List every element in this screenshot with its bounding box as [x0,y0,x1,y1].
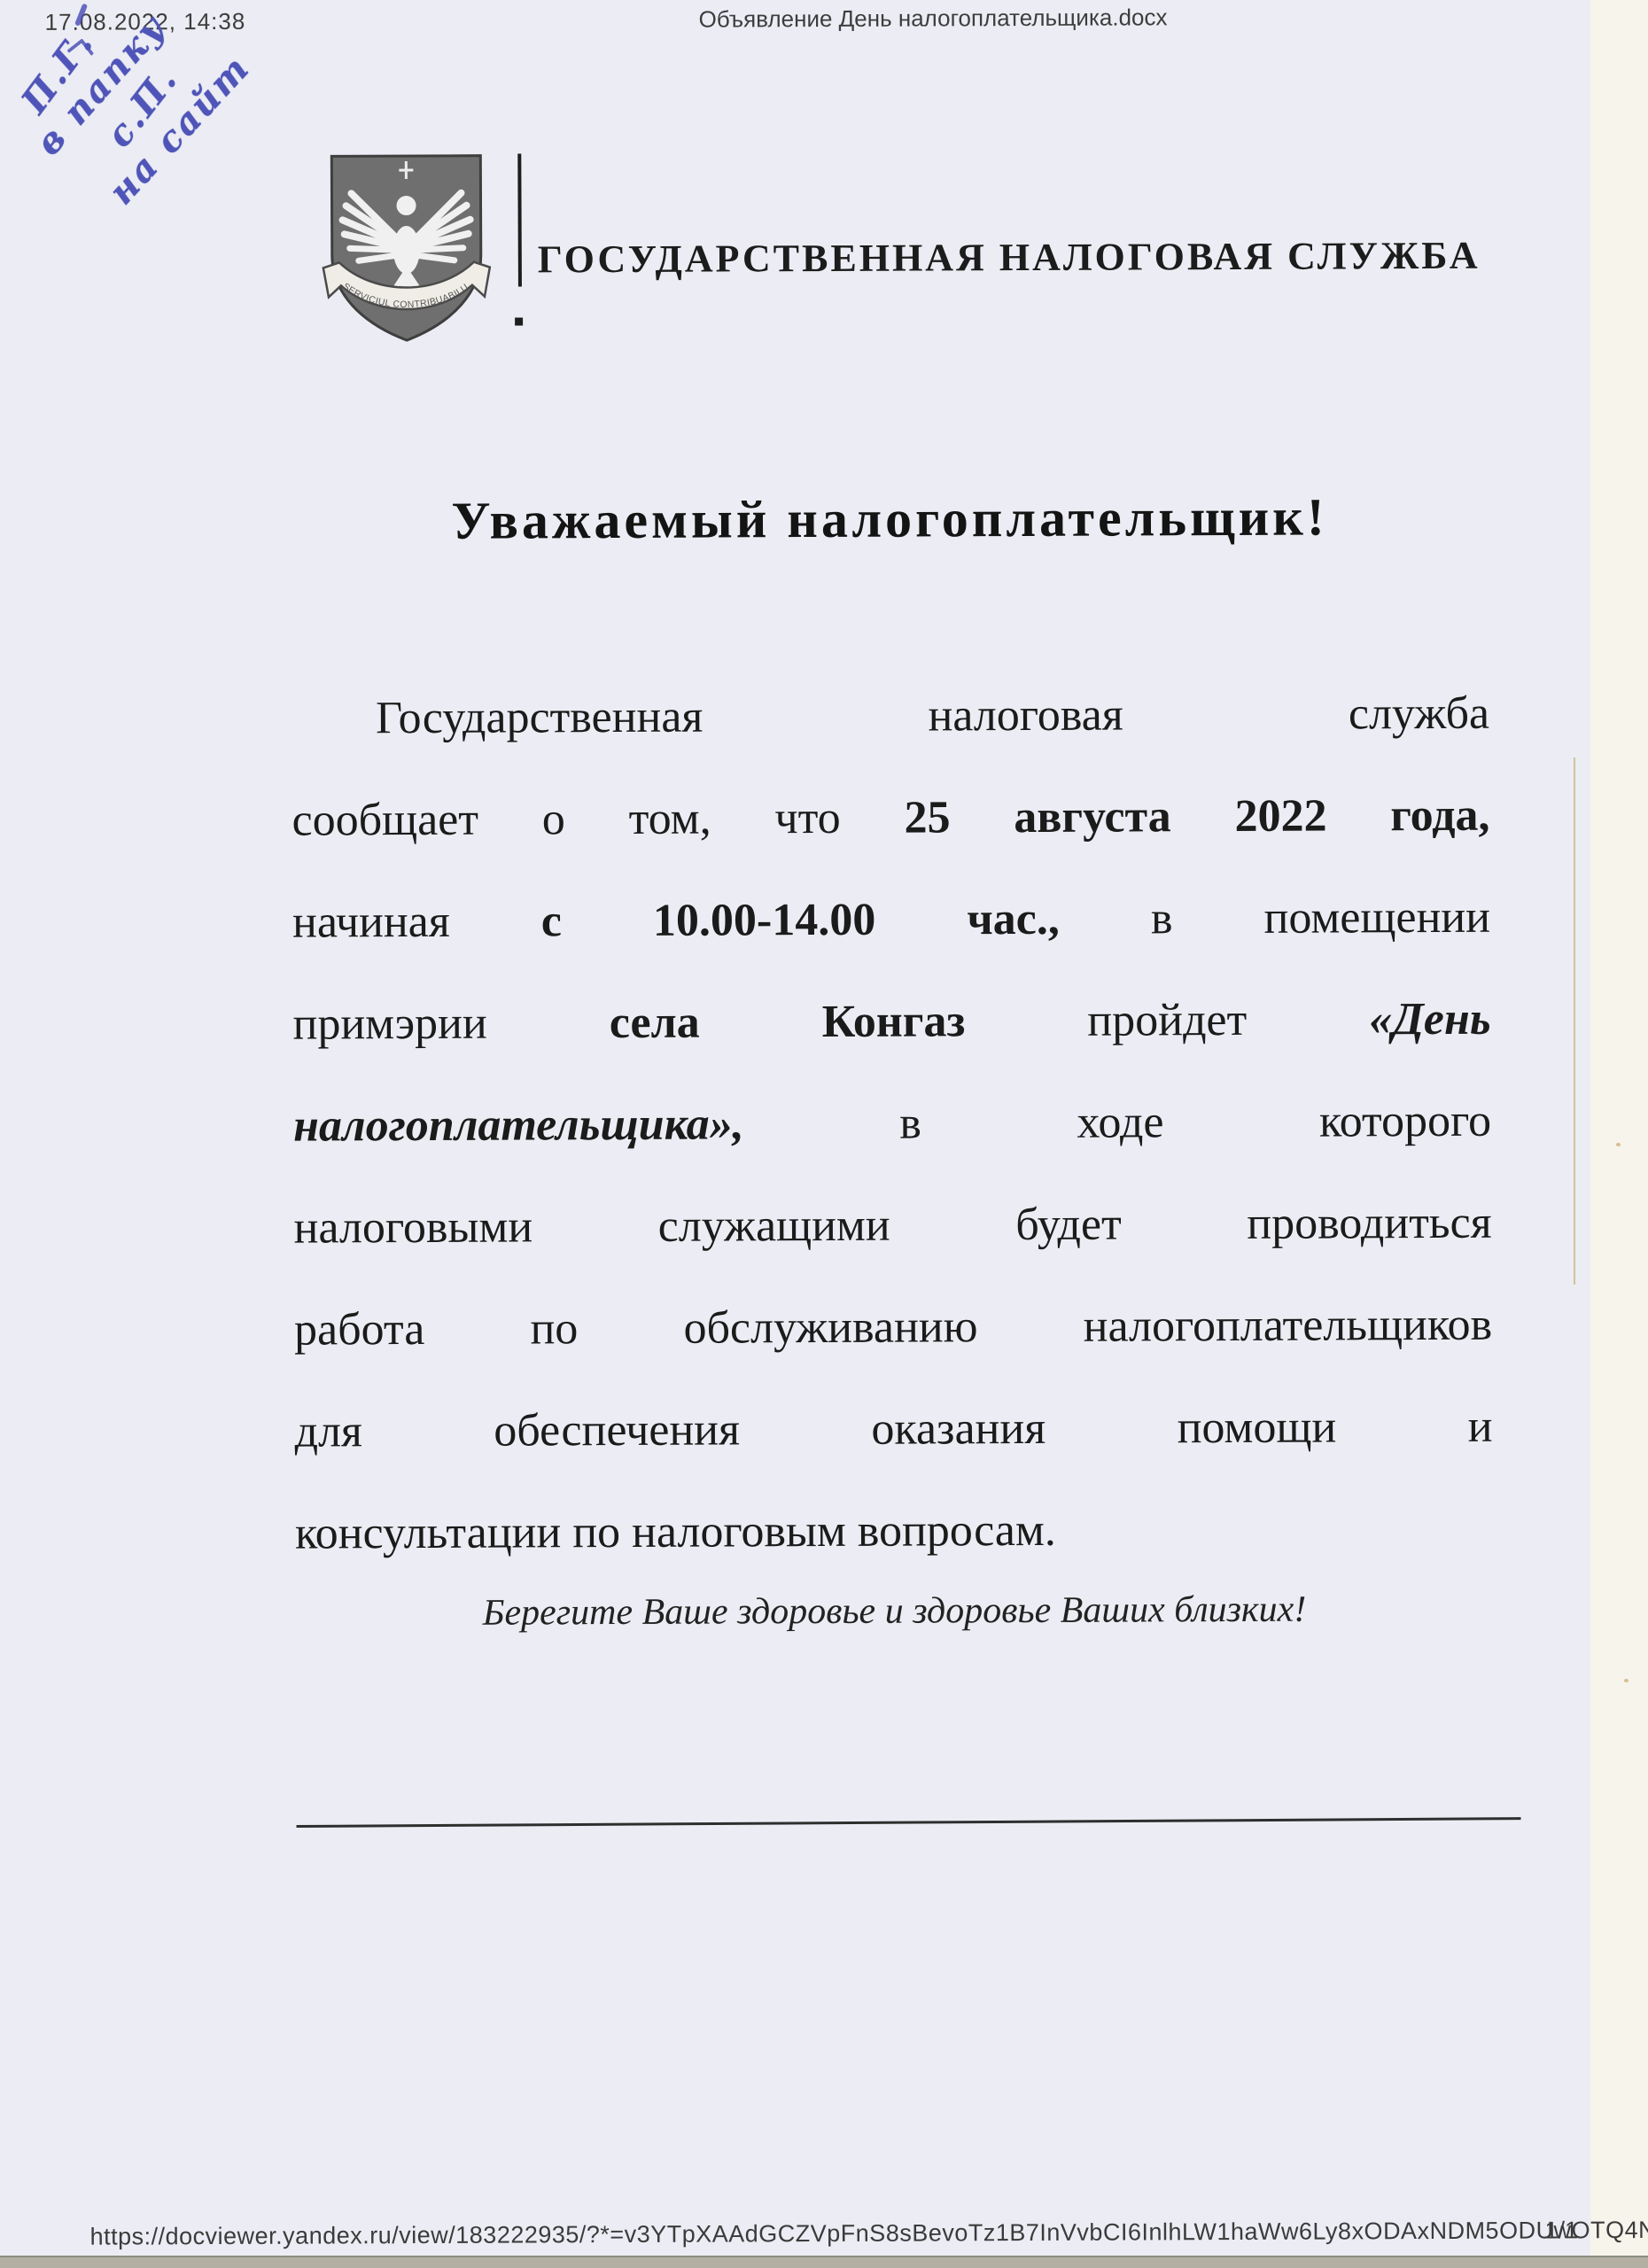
body-line: налогоплательщика»,входекоторого [293,1094,1491,1201]
body-line: начинаяс10.00-14.00час.,впомещении [292,890,1490,998]
body-line: Государственнаяналоговаяслужба [292,687,1489,794]
footer-url: https://docviewer.yandex.ru/view/1832229… [89,2217,1648,2251]
body-line: примэрииселаКонгазпройдет«День [292,992,1490,1099]
body-line: налоговымислужащимибудетпроводиться [293,1196,1491,1303]
body-line: сообщаетотом,что25августа2022года, [292,788,1489,896]
scan-bottom-band [0,2257,1648,2268]
page-indicator: 1/1 [1544,2217,1578,2244]
letter-body: Государственнаяналоговаяслужбасообщаетот… [292,687,1494,1609]
scanned-document-page: 17.08.2022, 14:38 Объявление День налого… [0,0,1648,2268]
tax-service-emblem: IN SERVICIUL CONTRIBUABILULUI [317,149,495,355]
body-line: дляобеспеченияоказанияпомощии [294,1400,1492,1507]
letterhead-separator-dot [515,317,523,325]
letterhead-separator-line [517,153,522,286]
scan-content: 17.08.2022, 14:38 Объявление День налого… [0,0,1648,2268]
org-name: ГОСУДАРСТВЕННАЯ НАЛОГОВАЯ СЛУЖБА [538,233,1481,283]
print-document-filename: Объявление День налогоплательщика.docx [699,4,1168,33]
closing-line: Берегите Ваше здоровье и здоровье Ваших … [295,1588,1493,1635]
letter-title: Уважаемый налогоплательщик! [291,486,1489,553]
signature-line [297,1817,1521,1828]
body-line: работапообслуживаниюналогоплательщиков [294,1298,1492,1405]
